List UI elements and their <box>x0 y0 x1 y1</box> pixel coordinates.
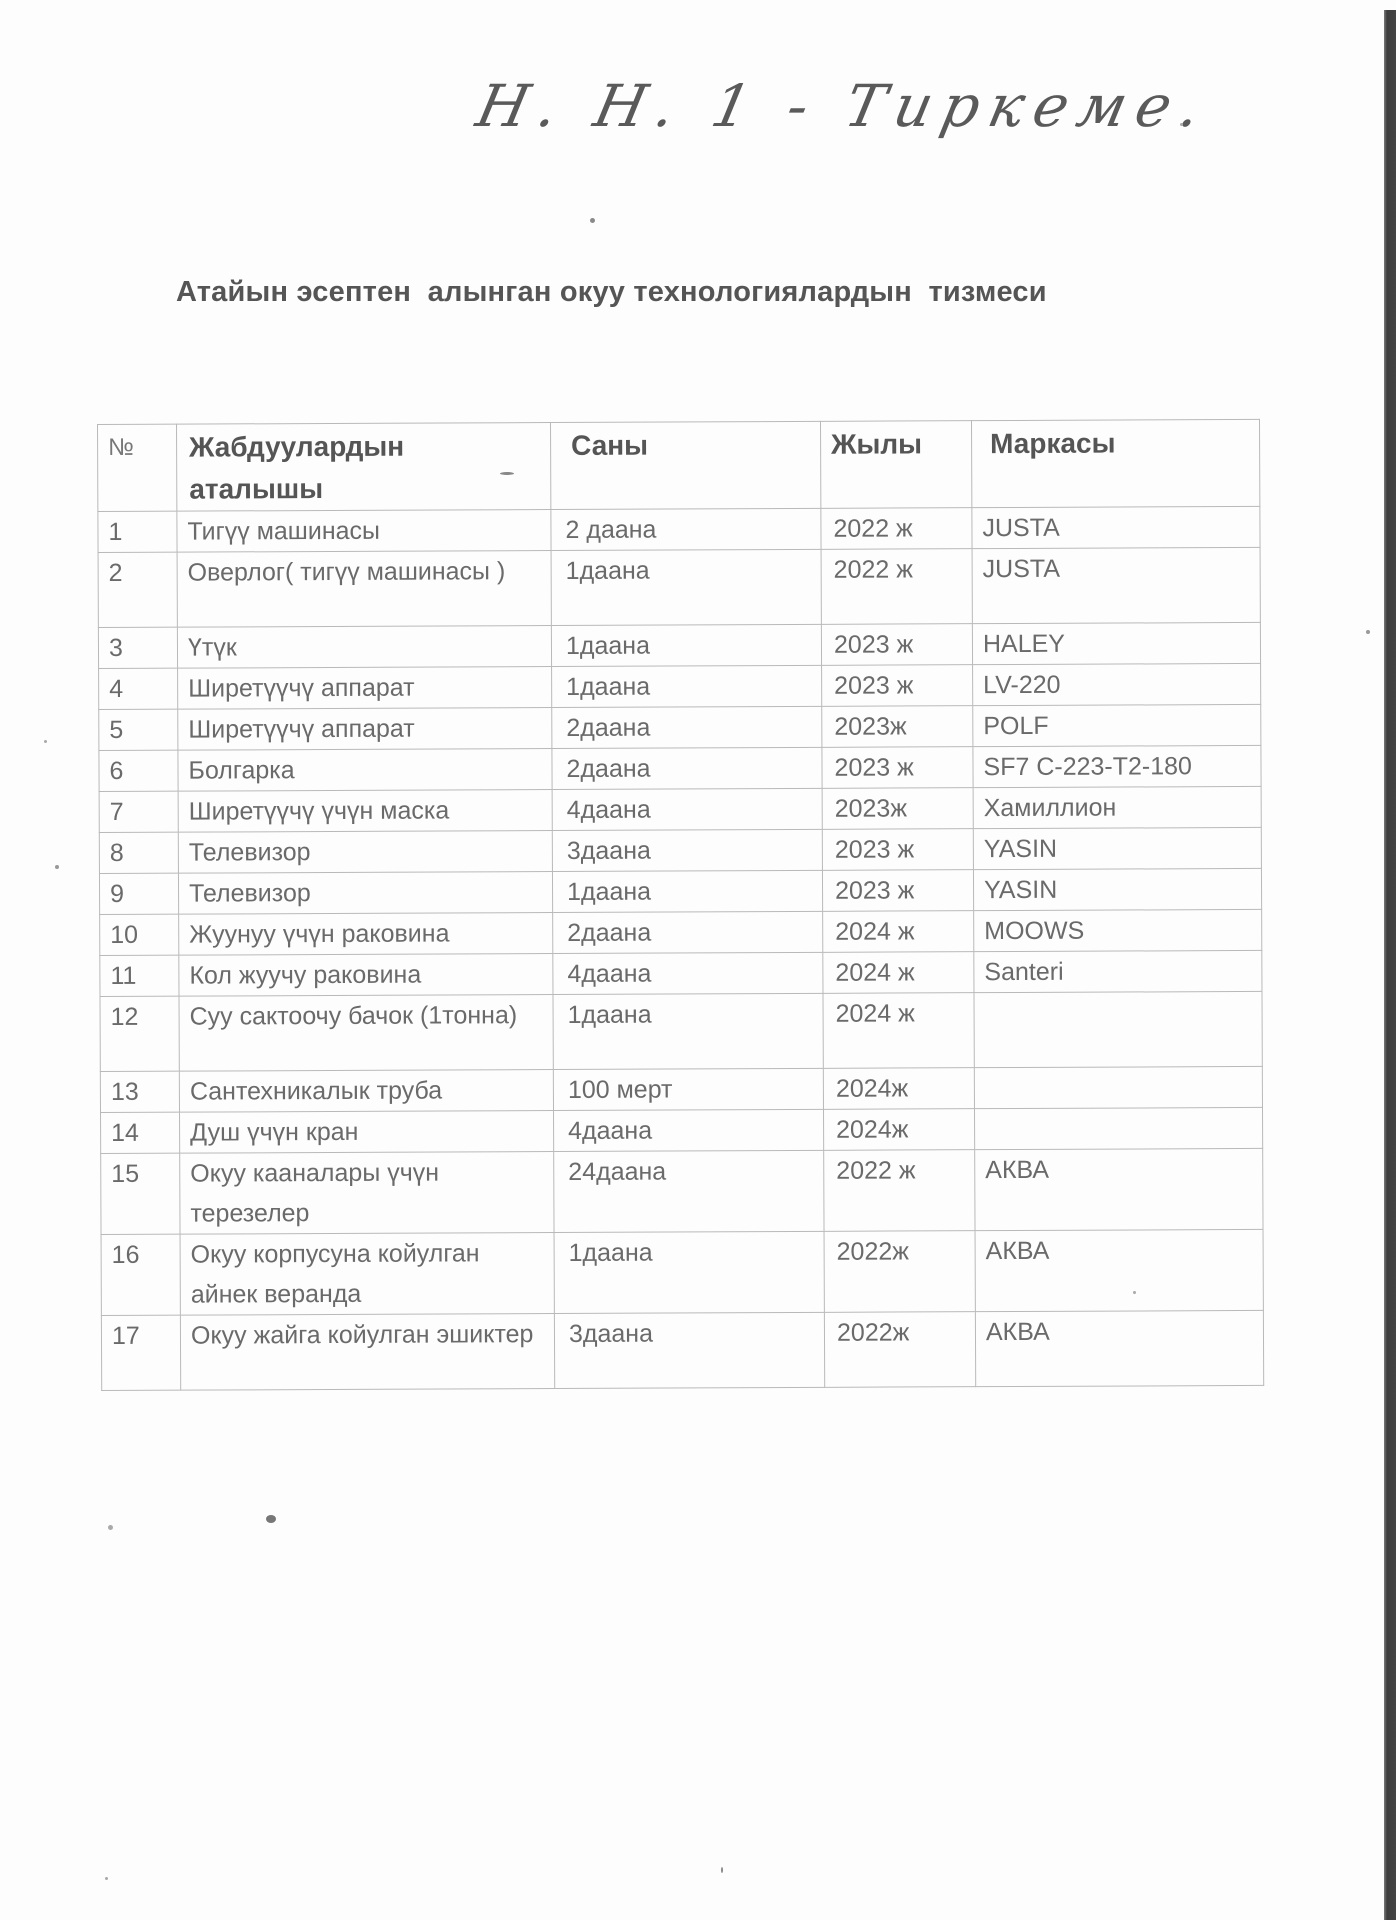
equipment-name-cell: Ширетүүчү аппарат <box>178 708 552 751</box>
brand-cell: JUSTA <box>972 506 1260 548</box>
table-row: 9Телевизор1даана2023 жYASIN <box>99 868 1261 914</box>
equipment-name-cell: Тигүү машинасы <box>177 510 551 553</box>
header-equipment-name: Жабдуулардын аталышы <box>177 423 551 512</box>
table-row: 12Суу сактоочу бачок (1тонна)1даана2024 … <box>100 991 1262 1071</box>
scan-speck <box>1366 630 1370 634</box>
row-number-cell: 1 <box>98 511 177 552</box>
equipment-name-cell: Кол жуучу раковина <box>179 954 553 997</box>
year-cell: 2023ж <box>822 788 973 830</box>
equipment-name-cell: Телевизор <box>178 831 552 874</box>
scan-speck <box>108 1525 113 1530</box>
equipment-name-cell: Болгарка <box>178 749 552 792</box>
equipment-name-cell: Оверлог( тигүү машинасы ) <box>177 551 551 628</box>
row-number-cell: 9 <box>99 873 178 914</box>
table-row: 2Оверлог( тигүү машинасы )1даана2022 жJU… <box>98 547 1260 627</box>
scanned-page: Н. Н. 1 - Тиркеме. Атайын эсептен алынга… <box>0 0 1396 1920</box>
row-number-cell: 2 <box>98 552 177 627</box>
header-number: № <box>98 424 177 511</box>
quantity-cell: 1даана <box>551 549 821 625</box>
equipment-name-cell: Окуу жайга койулган эшиктер <box>180 1314 554 1391</box>
year-cell: 2022ж <box>824 1231 975 1313</box>
row-number-cell: 17 <box>101 1315 180 1390</box>
quantity-cell: 4даана <box>552 788 822 830</box>
header-year: Жылы <box>820 421 971 509</box>
scanner-edge-shadow <box>1384 10 1396 1920</box>
equipment-name-cell: Суу сактоочу бачок (1тонна) <box>179 995 553 1072</box>
brand-cell: LV-220 <box>973 663 1261 705</box>
scan-speck <box>44 740 47 743</box>
table-row: 11Кол жуучу раковина4даана2024 жSanteri <box>100 950 1262 996</box>
brand-cell <box>974 991 1262 1067</box>
brand-cell: АКВА <box>975 1310 1263 1386</box>
year-cell: 2022 ж <box>821 508 972 550</box>
brand-cell: HALEY <box>972 622 1260 664</box>
row-number-cell: 13 <box>100 1071 179 1112</box>
scan-speck <box>105 1877 108 1880</box>
quantity-cell: 100 мерт <box>553 1068 823 1110</box>
year-cell: 2023ж <box>822 706 973 748</box>
row-number-cell: 8 <box>99 832 178 873</box>
equipment-name-cell: Окуу кааналары үчүн терезелер <box>180 1152 554 1235</box>
brand-cell: YASIN <box>973 868 1261 910</box>
equipment-name-cell: Ширетүүчү үчүн маска <box>178 790 552 833</box>
quantity-cell: 2 даана <box>551 508 821 550</box>
year-cell: 2024 ж <box>823 911 974 953</box>
brand-cell <box>974 1066 1262 1108</box>
brand-cell: Хамиллион <box>973 786 1261 828</box>
scan-speck <box>1180 123 1183 126</box>
year-cell: 2022ж <box>824 1312 975 1388</box>
year-cell: 2022 ж <box>824 1150 975 1232</box>
equipment-name-cell: Жуунуу үчүн раковина <box>179 913 553 956</box>
brand-cell: POLF <box>973 704 1261 746</box>
scan-speck <box>1133 1291 1136 1294</box>
row-number-cell: 7 <box>99 791 178 832</box>
equipment-table: № Жабдуулардын аталышы Саны Жылы Маркасы… <box>97 419 1264 1391</box>
table-row: 14Душ үчүн кран4даана2024ж <box>101 1107 1263 1153</box>
table-row: 1Тигүү машинасы2 даана2022 жJUSTA <box>98 506 1260 552</box>
row-number-cell: 3 <box>98 627 177 668</box>
brand-cell: JUSTA <box>972 547 1260 623</box>
year-cell: 2023 ж <box>822 665 973 707</box>
year-cell: 2024ж <box>823 1068 974 1110</box>
quantity-cell: 1даана <box>554 1231 824 1313</box>
table-body: 1Тигүү машинасы2 даана2022 жJUSTA2Оверло… <box>98 506 1264 1390</box>
brand-cell: SF7 C-223-T2-180 <box>973 745 1261 787</box>
table-row: 8Телевизор3даана2023 жYASIN <box>99 827 1261 873</box>
year-cell: 2024 ж <box>823 952 974 994</box>
header-quantity: Саны <box>550 421 820 509</box>
table-row: 6Болгарка2даана2023 жSF7 C-223-T2-180 <box>99 745 1261 791</box>
row-number-cell: 5 <box>99 709 178 750</box>
scan-speck <box>721 1867 723 1873</box>
row-number-cell: 16 <box>101 1234 180 1315</box>
year-cell: 2022 ж <box>821 549 972 625</box>
quantity-cell: 3даана <box>554 1312 824 1388</box>
equipment-name-cell: Ширетүүчү аппарат <box>178 667 552 710</box>
equipment-name-cell: Окуу корпусуна койулган айнек веранда <box>180 1233 554 1316</box>
quantity-cell: 1даана <box>552 870 822 912</box>
quantity-cell: 24даана <box>554 1150 824 1232</box>
row-number-cell: 10 <box>100 914 179 955</box>
quantity-cell: 2даана <box>552 706 822 748</box>
quantity-cell: 1даана <box>553 993 823 1069</box>
year-cell: 2023 ж <box>822 870 973 912</box>
table-row: 4Ширетүүчү аппарат1даана2023 жLV-220 <box>99 663 1261 709</box>
equipment-name-cell: Сантехникалык труба <box>179 1070 553 1113</box>
quantity-cell: 2даана <box>552 747 822 789</box>
year-cell: 2023 ж <box>821 624 972 666</box>
row-number-cell: 11 <box>100 955 179 996</box>
table-header-row: № Жабдуулардын аталышы Саны Жылы Маркасы <box>98 419 1260 511</box>
quantity-cell: 2даана <box>553 911 823 953</box>
scan-speck <box>590 218 595 223</box>
header-brand: Маркасы <box>971 419 1259 507</box>
table-row: 16Окуу корпусуна койулган айнек веранда1… <box>101 1229 1263 1315</box>
table-row: 3Үтүк1даана2023 жHALEY <box>98 622 1260 668</box>
brand-cell: YASIN <box>973 827 1261 869</box>
table-row: 5Ширетүүчү аппарат2даана2023жPOLF <box>99 704 1261 750</box>
row-number-cell: 14 <box>101 1112 180 1153</box>
year-cell: 2024ж <box>823 1109 974 1151</box>
quantity-cell: 1даана <box>551 624 821 666</box>
equipment-name-cell: Телевизор <box>178 872 552 915</box>
table-row: 10Жуунуу үчүн раковина2даана2024 жMOOWS <box>100 909 1262 955</box>
year-cell: 2023 ж <box>822 747 973 789</box>
year-cell: 2024 ж <box>823 993 974 1069</box>
equipment-name-cell: Душ үчүн кран <box>180 1111 554 1154</box>
quantity-cell: 3даана <box>552 829 822 871</box>
table-row: 17Окуу жайга койулган эшиктер3даана2022ж… <box>101 1310 1263 1390</box>
brand-cell: MOOWS <box>974 909 1262 951</box>
row-number-cell: 4 <box>99 668 178 709</box>
year-cell: 2023 ж <box>822 829 973 871</box>
brand-cell <box>974 1107 1262 1149</box>
quantity-cell: 4даана <box>553 952 823 994</box>
scan-speck <box>266 1515 276 1523</box>
scan-speck <box>55 865 59 869</box>
row-number-cell: 6 <box>99 750 178 791</box>
document-title: Атайын эсептен алынган окуу технологияла… <box>176 276 1047 309</box>
equipment-name-cell: Үтүк <box>177 626 551 669</box>
handwritten-annex-note: Н. Н. 1 - Тиркеме. <box>471 72 1217 140</box>
table-row: 13Сантехникалык труба100 мерт2024ж <box>100 1066 1262 1112</box>
table-row: 7Ширетүүчү үчүн маска4даана2023жХамиллио… <box>99 786 1261 832</box>
quantity-cell: 4даана <box>553 1109 823 1151</box>
brand-cell: АКВА <box>975 1148 1263 1230</box>
table-row: 15Окуу кааналары үчүн терезелер24даана20… <box>101 1148 1263 1234</box>
row-number-cell: 12 <box>100 996 179 1071</box>
brand-cell: Santeri <box>974 950 1262 992</box>
scan-speck <box>500 472 514 475</box>
brand-cell: АКВА <box>975 1229 1263 1311</box>
row-number-cell: 15 <box>101 1153 180 1234</box>
quantity-cell: 1даана <box>552 665 822 707</box>
